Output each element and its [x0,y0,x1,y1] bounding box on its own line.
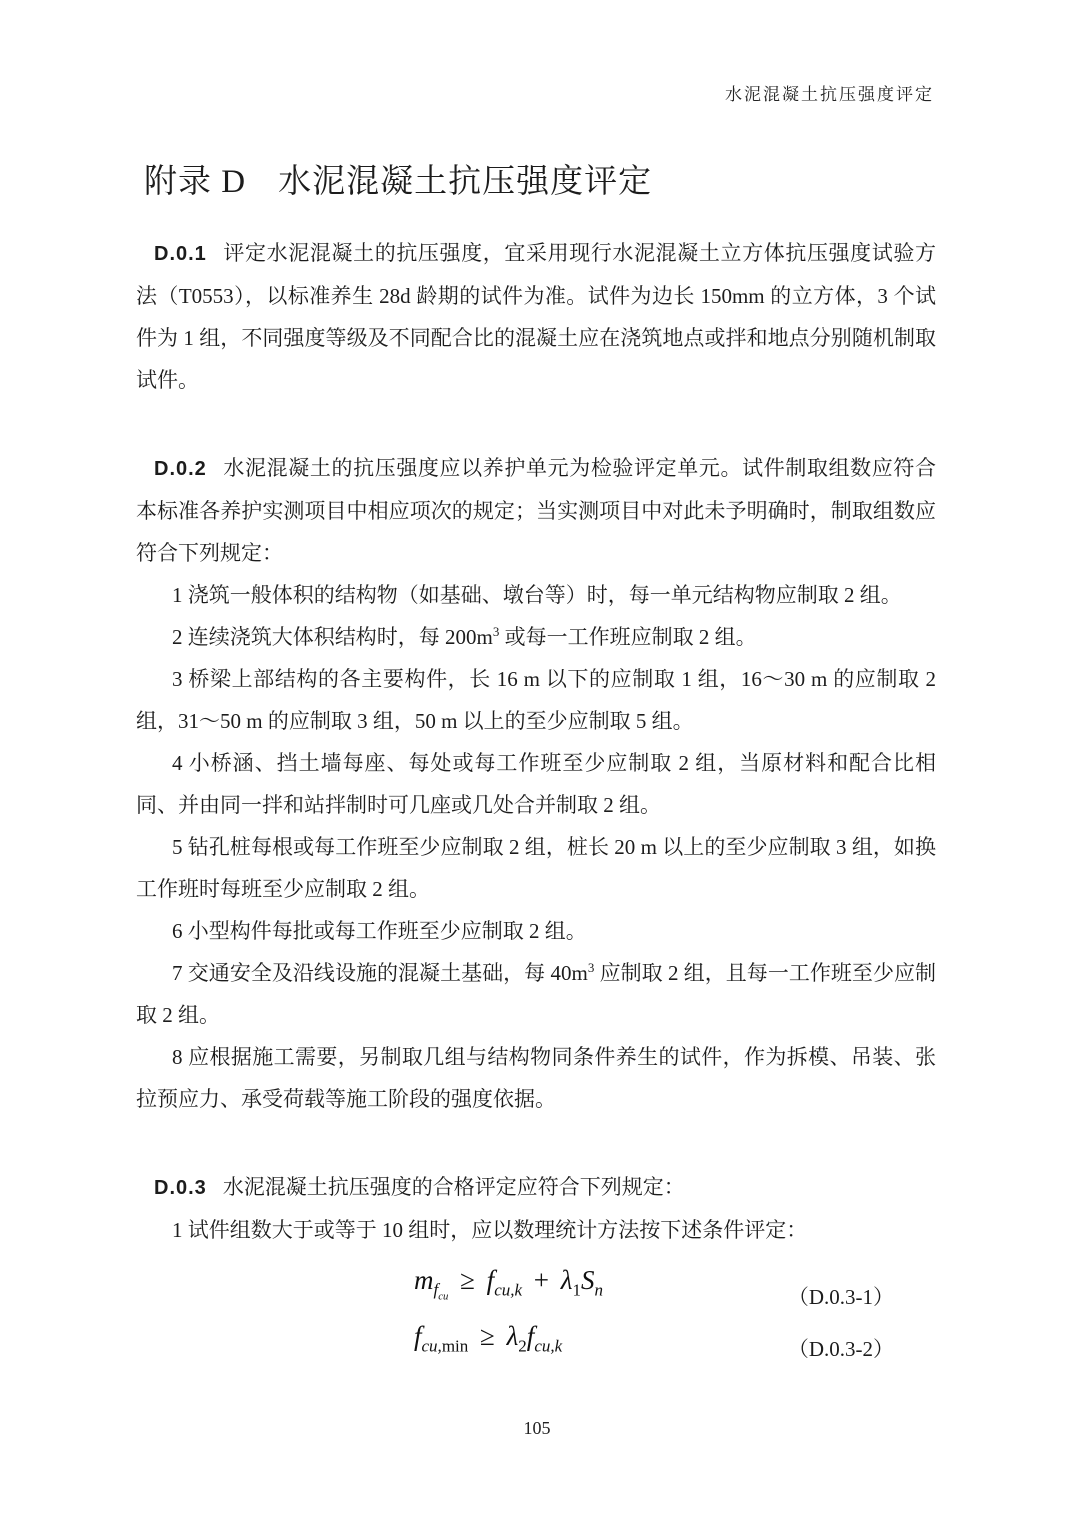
d02-item-2-text: 2 连续浇筑大体积结构时，每 200m [172,625,493,649]
formula-term: S [581,1265,595,1295]
d02-item-7: 7 交通安全及沿线设施的混凝土基础，每 40m3 应制取 2 组，且每一工作班至… [136,952,936,1036]
clause-d03-number: D.0.3 [154,1177,207,1199]
d02-item-5: 5 钻孔桩每根或每工作班至少应制取 2 组，桩长 20 m 以上的至少应制取 3… [136,826,936,910]
formula-subscript: cu,k [534,1336,562,1355]
d02-item-3: 3 桥梁上部结构的各主要构件，长 16 m 以下的应制取 1 组，16～30 m… [136,658,936,742]
d02-item-6-text: 6 小型构件每批或每工作班至少应制取 2 组。 [172,919,587,943]
formula-subscript: n [594,1280,603,1299]
formula-d032-row: fcu,min ≥ λ2fcu,k （D.0.3-2） [136,1319,936,1367]
formula-subscript-italic: cu, [422,1336,442,1355]
formula-d032-label: （D.0.3-2） [788,1333,894,1363]
formula-d031-row: mfcu ≥ fcu,k + λ1Sn （D.0.3-1） [136,1263,936,1315]
plus-operator: + [529,1265,554,1295]
clause-d01-text: 评定水泥混凝土的抗压强度，宜采用现行水泥混凝土立方体抗压强度试验方法（T0553… [136,241,936,392]
document-page: 水泥混凝土抗压强度评定 附录 D水泥混凝土抗压强度评定 D.0.1评定水泥混凝土… [0,0,1074,1520]
appendix-title-text: 水泥混凝土抗压强度评定 [278,164,652,200]
d02-item-2: 2 连续浇筑大体积结构时，每 200m3 或每一工作班应制取 2 组。 [136,616,936,658]
clause-d03-text: 水泥混凝土抗压强度的合格评定应符合下列规定： [223,1175,685,1199]
d02-item-4-text: 4 小桥涵、挡土墙每座、每处或每工作班至少应制取 2 组，当原材料和配合比相同、… [136,751,936,817]
d02-item-1: 1 浇筑一般体积的结构物（如基础、墩台等）时，每一单元结构物应制取 2 组。 [136,574,936,616]
running-header: 水泥混凝土抗压强度评定 [725,80,934,105]
geq-operator: ≥ [475,1321,500,1351]
appendix-title-number: 附录 D [144,164,246,200]
appendix-title: 附录 D水泥混凝土抗压强度评定 [144,158,936,206]
clause-d01-number: D.0.1 [154,243,207,265]
formula-d031-label: （D.0.3-1） [788,1281,894,1311]
clause-d03-paragraph: D.0.3水泥混凝土抗压强度的合格评定应符合下列规定： [136,1166,936,1209]
clause-d02-text: 水泥混凝土的抗压强度应以养护单元为检验评定单元。试件制取组数应符合本标准各养护实… [136,456,936,565]
page-content: 附录 D水泥混凝土抗压强度评定 D.0.1评定水泥混凝土的抗压强度，宜采用现行水… [136,158,936,1367]
clause-d01-paragraph: D.0.1评定水泥混凝土的抗压强度，宜采用现行水泥混凝土立方体抗压强度试验方法（… [136,232,936,401]
formula-d031-expression: mfcu ≥ fcu,k + λ1Sn [414,1265,603,1297]
d03-item-1-text: 1 试件组数大于或等于 10 组时，应以数理统计方法按下述条件评定： [172,1218,807,1242]
formula-subscript: 2 [518,1336,527,1355]
d02-item-2-text-after: 或每一工作班应制取 2 组。 [499,625,756,649]
formula-subscript: 1 [572,1280,581,1299]
d02-item-4: 4 小桥涵、挡土墙每座、每处或每工作班至少应制取 2 组，当原材料和配合比相同、… [136,742,936,826]
formula-d032-expression: fcu,min ≥ λ2fcu,k [414,1321,562,1352]
d02-item-5-text: 5 钻孔桩每根或每工作班至少应制取 2 组，桩长 20 m 以上的至少应制取 3… [136,835,936,901]
clause-d02-paragraph: D.0.2水泥混凝土的抗压强度应以养护单元为检验评定单元。试件制取组数应符合本标… [136,447,936,574]
d02-item-6: 6 小型构件每批或每工作班至少应制取 2 组。 [136,910,936,952]
formula-subscript: fcu [434,1280,449,1299]
formula-term: λ [507,1321,519,1351]
formula-subscript-roman: min [442,1336,468,1355]
geq-operator: ≥ [455,1265,480,1295]
formula-subscript: cu,k [494,1280,522,1299]
formula-term: m [414,1265,434,1295]
d03-item-1: 1 试件组数大于或等于 10 组时，应以数理统计方法按下述条件评定： [136,1209,936,1251]
d02-item-8: 8 应根据施工需要，另制取几组与结构物同条件养生的试件，作为拆模、吊装、张拉预应… [136,1036,936,1120]
d02-item-8-text: 8 应根据施工需要，另制取几组与结构物同条件养生的试件，作为拆模、吊装、张拉预应… [136,1045,936,1111]
d02-item-1-text: 1 浇筑一般体积的结构物（如基础、墩台等）时，每一单元结构物应制取 2 组。 [172,583,902,607]
clause-d02-number: D.0.2 [154,458,207,480]
page-number: 105 [0,1418,1074,1439]
formula-subscript: cu [438,1291,448,1303]
formula-term: λ [561,1265,573,1295]
formula-term: f [414,1321,422,1351]
d02-item-3-text: 3 桥梁上部结构的各主要构件，长 16 m 以下的应制取 1 组，16～30 m… [136,667,936,733]
formula-subscript: cu,min [422,1336,469,1355]
d02-item-7-text: 7 交通安全及沿线设施的混凝土基础，每 40m [172,961,588,985]
